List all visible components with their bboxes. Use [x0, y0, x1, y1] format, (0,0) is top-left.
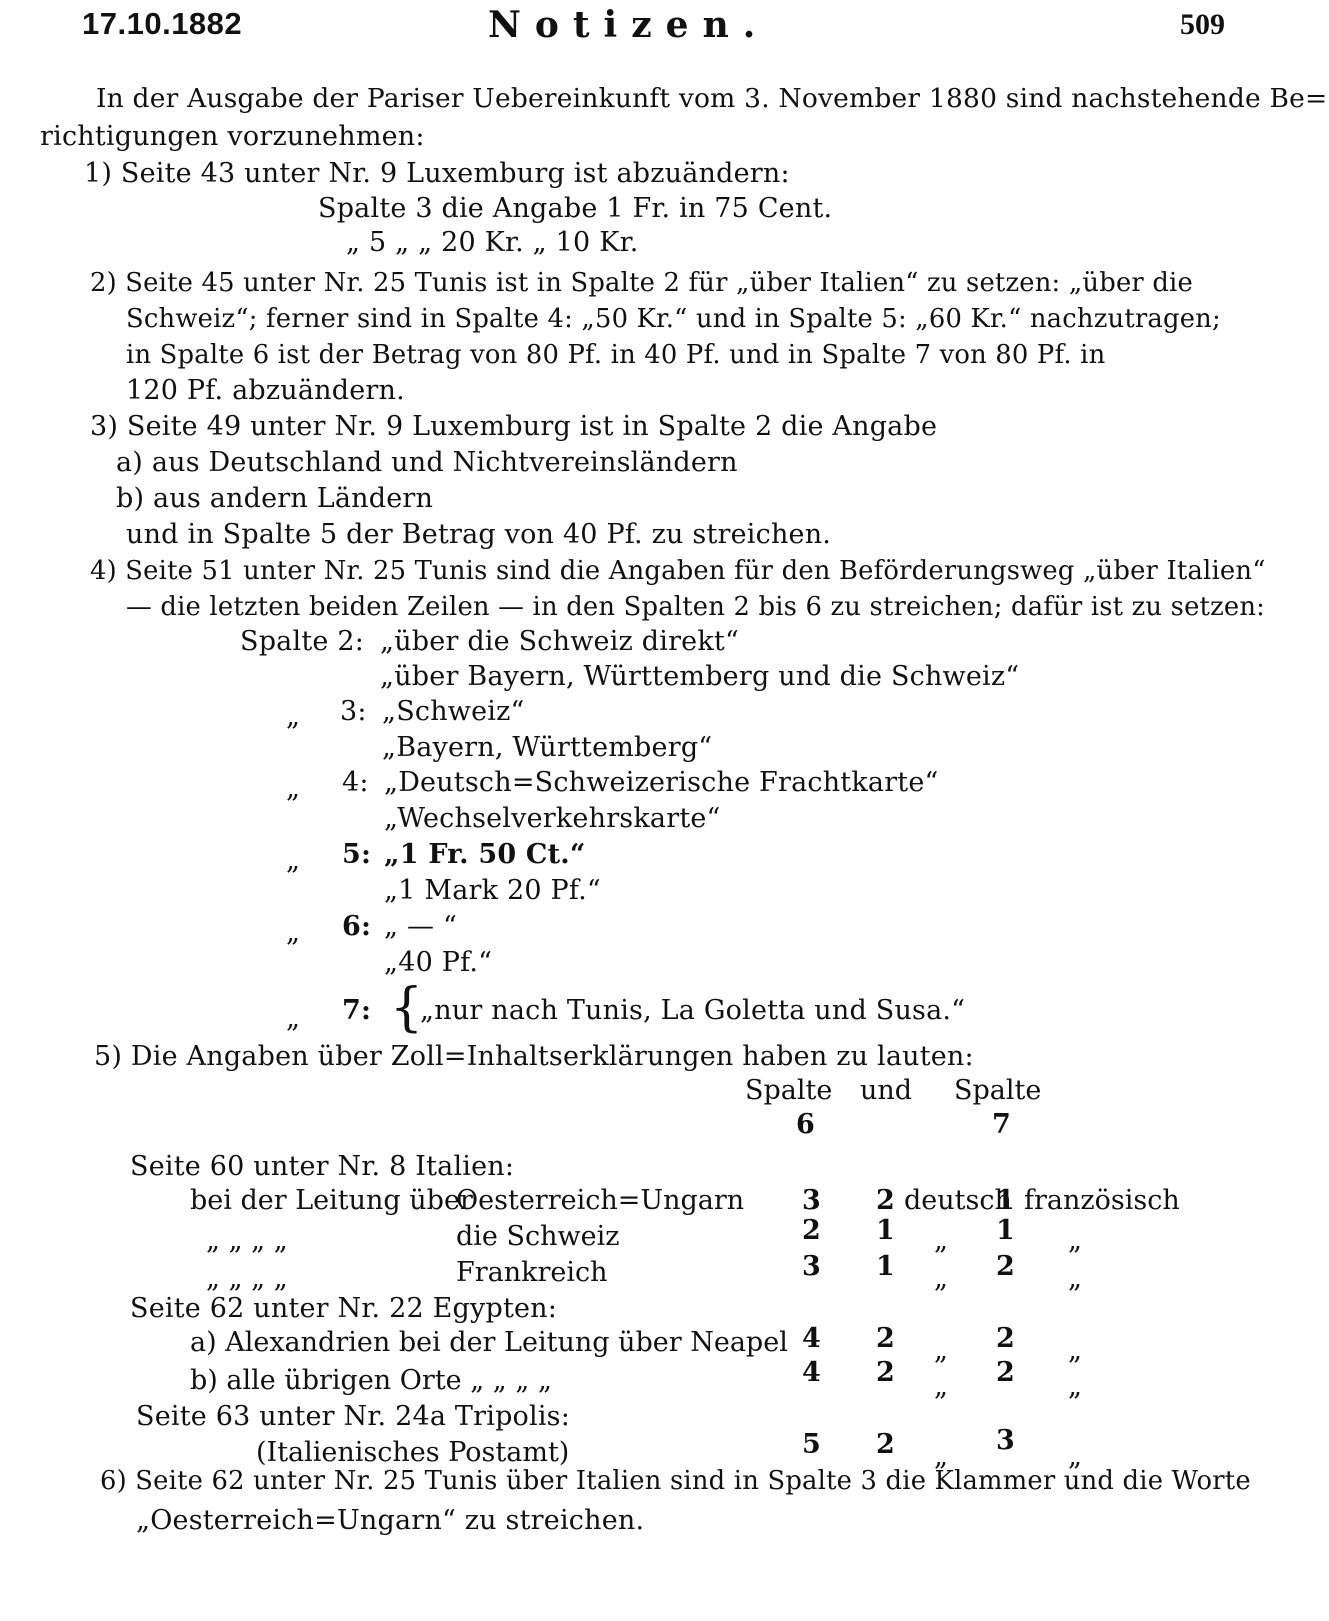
row-label: „ „ „ „	[206, 1262, 288, 1296]
section-heading-egypten: Seite 62 unter Nr. 22 Egypten:	[130, 1292, 557, 1326]
item-2-line-1: 2) Seite 45 unter Nr. 25 Tunis ist in Sp…	[90, 266, 1193, 300]
cell-spalte-7-count-a: 1	[876, 1250, 895, 1284]
item-4-spalte-7-value: „nur nach Tunis, La Goletta und Susa.“	[420, 994, 965, 1028]
item-4-spalte-3-value-1: „Schweiz“	[382, 695, 525, 729]
page-title: Notizen.	[488, 4, 769, 46]
cell-spalte-7-count-b: 1	[996, 1214, 1015, 1248]
item-5-heading: 5) Die Angaben über Zoll=Inhaltserklärun…	[94, 1040, 974, 1074]
item-4-spalte-2-value-1: „über die Schweiz direkt“	[380, 625, 739, 659]
cell-spalte-7-lang-b: „	[1068, 1224, 1082, 1258]
row-label-route: Frankreich	[456, 1256, 608, 1290]
cell-spalte-7-count-a: 1	[876, 1214, 895, 1248]
cell-spalte-7-count-b: 1	[996, 1184, 1015, 1218]
cell-spalte-7-count-a: 2	[876, 1184, 895, 1218]
item-4-spalte-4-label: 4:	[342, 766, 369, 800]
item-4-line-1: 4) Seite 51 unter Nr. 25 Tunis sind die …	[90, 554, 1266, 588]
item-3-heading: 3) Seite 49 unter Nr. 9 Luxemburg ist in…	[90, 410, 937, 444]
ditto-mark: „	[286, 844, 300, 878]
cell-spalte-7-lang-a: „	[934, 1334, 948, 1368]
section-heading-tripolis: Seite 63 unter Nr. 24a Tripolis:	[136, 1400, 570, 1434]
item-4-spalte-4-value-1: „Deutsch=Schweizerische Frachtkarte“	[384, 766, 939, 800]
item-4-spalte-4-value-2: „Wechselverkehrskarte“	[384, 802, 721, 836]
ditto-mark: „	[286, 916, 300, 950]
item-1-spalte-3: Spalte 3 die Angabe 1 Fr. in 75 Cent.	[318, 192, 832, 226]
cell-spalte-6: 5	[802, 1428, 821, 1462]
column-header-spalte-7: Spalte	[954, 1074, 1041, 1108]
row-label-route: die Schweiz	[456, 1220, 619, 1254]
page-number: 509	[1180, 8, 1225, 42]
column-header-und: und	[860, 1074, 912, 1108]
item-2-line-4: 120 Pf. abzuändern.	[126, 374, 405, 408]
cell-spalte-7-lang-a: „	[934, 1224, 948, 1258]
row-label: b) alle übrigen Orte „ „ „ „	[190, 1364, 552, 1398]
item-4-spalte-5-label: 5:	[342, 838, 371, 872]
item-4-spalte-6-label: 6:	[342, 910, 371, 944]
intro-line-2: richtigungen vorzunehmen:	[40, 120, 425, 154]
item-3-option-a: a) aus Deutschland und Nichtvereinslände…	[116, 446, 738, 480]
column-header-spalte-6: Spalte	[745, 1074, 832, 1108]
brace-icon: {	[390, 982, 423, 1034]
cell-spalte-7-count-b: 2	[996, 1250, 1015, 1284]
cell-spalte-6: 2	[802, 1214, 821, 1248]
item-4-spalte-3-label: 3:	[340, 695, 367, 729]
item-4-spalte-7-label: 7:	[342, 994, 371, 1028]
cell-spalte-7-count-a: 2	[876, 1322, 895, 1356]
cell-spalte-7-count-b: 2	[996, 1356, 1015, 1390]
cell-spalte-7-lang-a: „	[934, 1262, 948, 1296]
item-4-spalte-6-value-1: „ — “	[384, 910, 457, 944]
cell-spalte-7-count-a: 2	[876, 1356, 895, 1390]
item-4-spalte-5-value-1: „1 Fr. 50 Ct.“	[384, 838, 586, 872]
cell-spalte-7-lang-a: „	[934, 1370, 948, 1404]
cell-spalte-7-lang-b: französisch	[1024, 1184, 1180, 1218]
item-3-line-4: und in Spalte 5 der Betrag von 40 Pf. zu…	[126, 518, 831, 552]
item-6-line-1: 6) Seite 62 unter Nr. 25 Tunis über Ital…	[100, 1464, 1251, 1498]
cell-spalte-7-lang-b: „	[1068, 1334, 1082, 1368]
row-label: „ „ „ „	[206, 1224, 288, 1258]
row-label-route: Oesterreich=Ungarn	[456, 1184, 744, 1218]
cell-spalte-6: 4	[802, 1322, 821, 1356]
ditto-mark: „	[286, 772, 300, 806]
header-date: 17.10.1882	[82, 6, 242, 42]
item-4-spalte-6-value-2: „40 Pf.“	[384, 946, 492, 980]
ditto-mark: „	[286, 700, 300, 734]
item-1-spalte-5: „ 5 „ „ 20 Kr. „ 10 Kr.	[346, 226, 639, 260]
cell-spalte-6: 3	[802, 1250, 821, 1284]
item-6-line-2: „Oesterreich=Ungarn“ zu streichen.	[136, 1504, 644, 1538]
item-2-line-2: Schweiz“; ferner sind in Spalte 4: „50 K…	[126, 302, 1221, 336]
cell-spalte-7-lang-b: „	[1068, 1370, 1082, 1404]
cell-spalte-7-count-b: 3	[996, 1424, 1015, 1458]
document-page: 17.10.1882 Notizen. 509 In der Ausgabe d…	[0, 0, 1329, 1621]
intro-line-1: In der Ausgabe der Pariser Uebereinkunft…	[96, 82, 1327, 116]
cell-spalte-7-count-a: 2	[876, 1428, 895, 1462]
item-4-spalte-3-value-2: „Bayern, Württemberg“	[382, 731, 712, 765]
column-number-6: 6	[796, 1108, 815, 1142]
ditto-mark: „	[286, 1002, 300, 1036]
item-4-spalte-2-value-2: „über Bayern, Württemberg und die Schwei…	[380, 660, 1019, 694]
row-label: bei der Leitung über	[190, 1184, 473, 1218]
section-heading-italien: Seite 60 unter Nr. 8 Italien:	[130, 1150, 514, 1184]
item-4-spalte-2-label: Spalte 2:	[240, 625, 364, 659]
item-3-option-b: b) aus andern Ländern	[116, 482, 433, 516]
item-1-heading: 1) Seite 43 unter Nr. 9 Luxemburg ist ab…	[84, 157, 790, 191]
column-number-7: 7	[992, 1108, 1011, 1142]
cell-spalte-6: 4	[802, 1356, 821, 1390]
cell-spalte-7-lang-b: „	[1068, 1262, 1082, 1296]
item-4-line-2: — die letzten beiden Zeilen — in den Spa…	[126, 590, 1265, 624]
cell-spalte-7-count-b: 2	[996, 1322, 1015, 1356]
item-4-spalte-5-value-2: „1 Mark 20 Pf.“	[384, 874, 601, 908]
cell-spalte-6: 3	[802, 1184, 821, 1218]
row-label: a) Alexandrien bei der Leitung über Neap…	[190, 1326, 788, 1360]
item-2-line-3: in Spalte 6 ist der Betrag von 80 Pf. in…	[126, 338, 1105, 372]
